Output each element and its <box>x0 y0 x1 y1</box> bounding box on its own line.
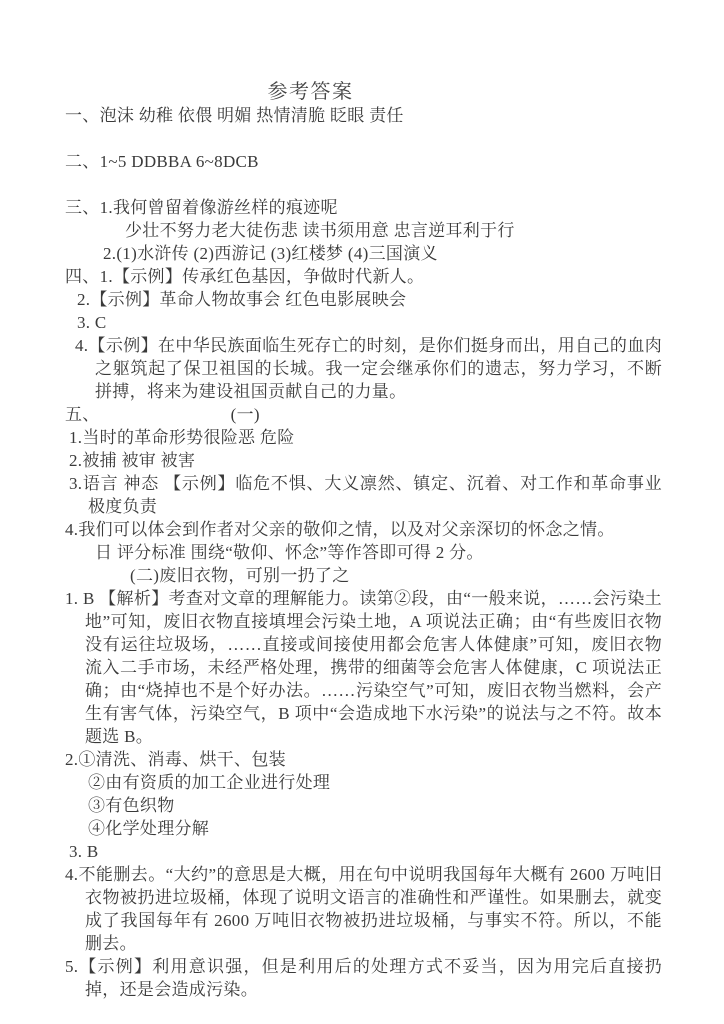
part-2-heading: (二)废旧衣物，可别一扔了之 <box>130 564 662 587</box>
answer-section-2: 二、1~5 DDBBA 6~8DCB <box>65 150 662 173</box>
part1-scoring-note: 日 评分标准 围绕“敬仰、怀念”等作答即可得 2 分。 <box>95 541 662 564</box>
part1-q3: 3.语言 神态 【示例】临危不惧、大义凛然、镇定、沉着、对工作和革命事业极度负责 <box>65 472 662 518</box>
part1-q1: 1.当时的革命形势很险恶 危险 <box>69 426 662 449</box>
part1-q2: 2.被捕 被审 被害 <box>69 449 662 472</box>
answer-section-3-q1-cont: 少壮不努力老大徒伤悲 读书须用意 忠言逆耳利于行 <box>125 219 662 242</box>
part2-q5: 5.【示例】利用意识强，但是利用后的处理方式不妥当，因为用完后直接扔掉，还是会造… <box>65 955 662 1001</box>
page-title: 参考答案 <box>65 80 662 104</box>
answer-section-4-q4: 4.【示例】在中华民族面临生死存亡的时刻，是你们挺身而出，用自己的血肉之躯筑起了… <box>65 334 662 403</box>
answer-section-3-q2: 2.(1)水浒传 (2)西游记 (3)红楼梦 (4)三国演义 <box>103 242 662 265</box>
part-1-heading: (一) <box>231 405 260 424</box>
part1-q4: 4.我们可以体会到作者对父亲的敬仰之情，以及对父亲深切的怀念之情。 <box>65 518 662 541</box>
part2-q2-item4: ④化学处理分解 <box>88 817 662 840</box>
section-5-heading: 五、(一) <box>65 403 662 426</box>
part2-q1-analysis: 1. B 【解析】考查对文章的理解能力。读第②段，由“一般来说，……会污染土地”… <box>65 587 662 748</box>
part2-q3: 3. B <box>69 840 662 863</box>
answer-section-1: 一、泡沫 幼稚 依偎 明媚 热情清脆 眨眼 责任 <box>65 104 662 127</box>
part2-q2-item2: ②由有资质的加工企业进行处理 <box>88 771 662 794</box>
answer-section-3-q1: 三、1.我何曾留着像游丝样的痕迹呢 <box>65 196 662 219</box>
answer-section-4-q1: 四、1.【示例】传承红色基因，争做时代新人。 <box>65 265 662 288</box>
answer-sheet-page: 参考答案 一、泡沫 幼稚 依偎 明媚 热情清脆 眨眼 责任 二、1~5 DDBB… <box>0 0 724 1024</box>
answer-section-4-q2: 2.【示例】革命人物故事会 红色电影展映会 <box>77 288 662 311</box>
section-5-label: 五、 <box>65 405 100 424</box>
part2-q2-item1: 2.①清洗、消毒、烘干、包装 <box>65 748 662 771</box>
part2-q2-item3: ③有色织物 <box>88 794 662 817</box>
answer-section-4-q3: 3. C <box>77 311 662 334</box>
part2-q4: 4.不能删去。“大约”的意思是大概，用在句中说明我国每年大概有 2600 万吨旧… <box>65 863 662 955</box>
